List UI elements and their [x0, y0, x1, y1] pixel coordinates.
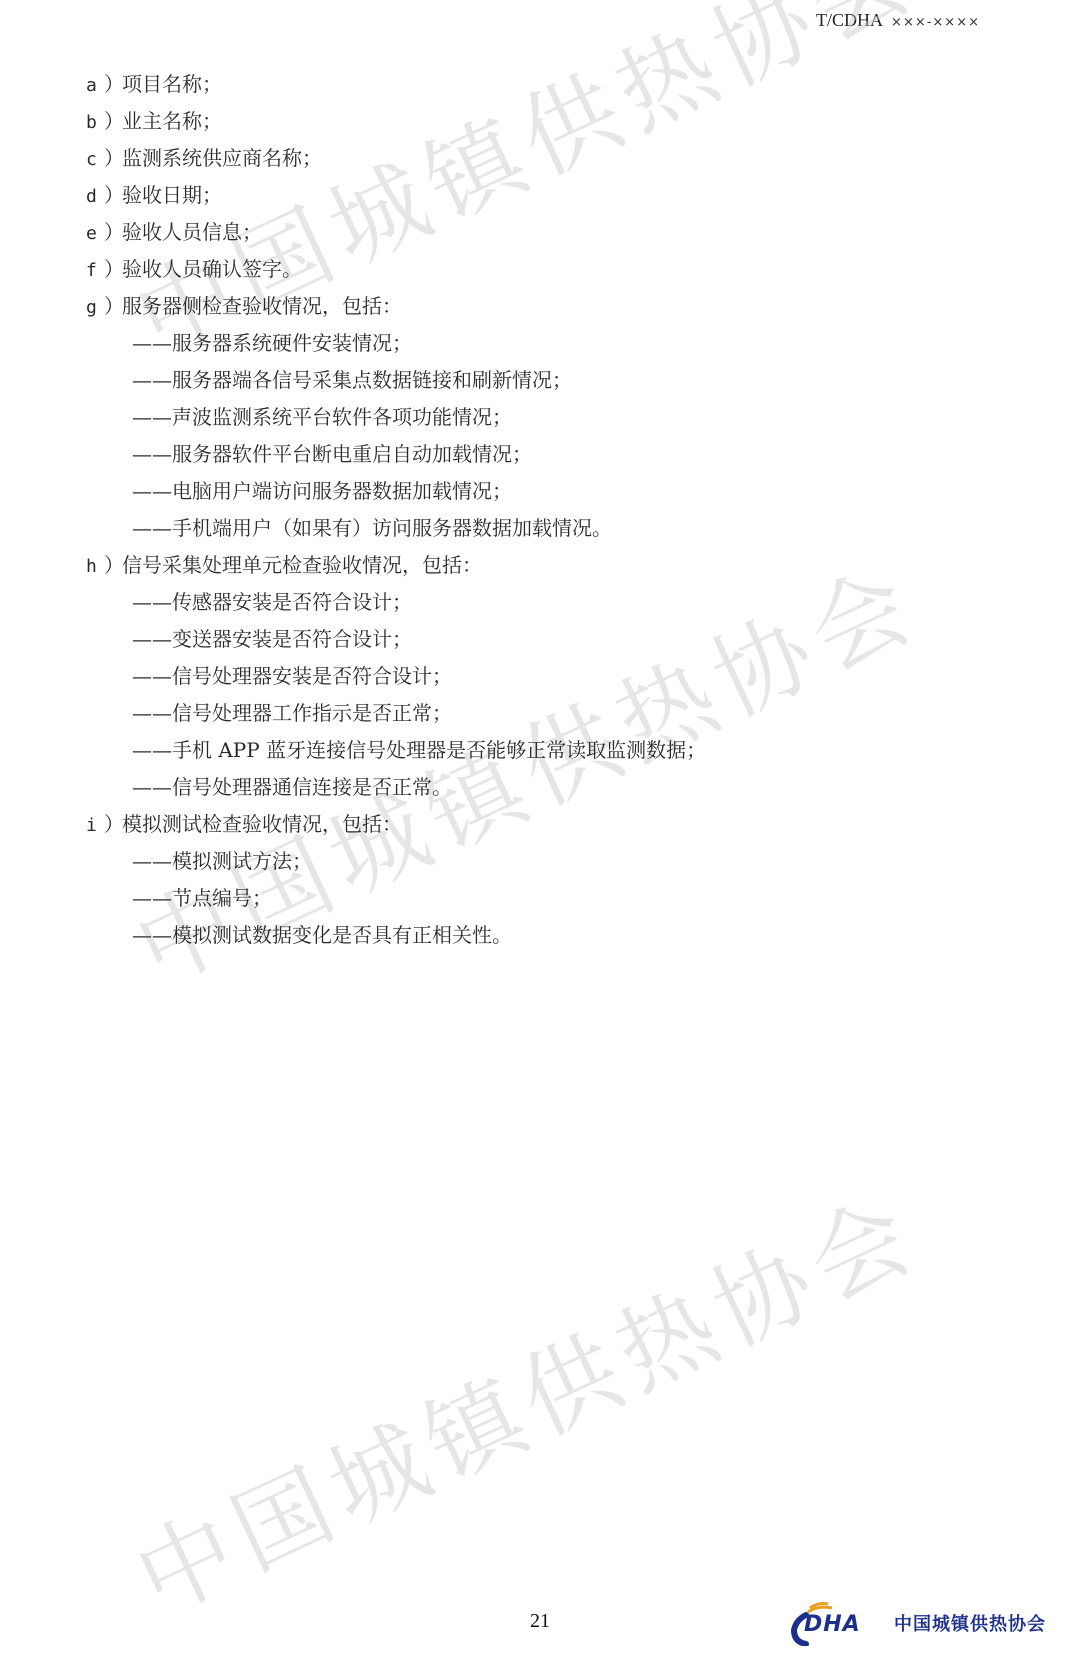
item-marker: a: [86, 67, 104, 104]
sub-item: ——传感器安装是否符合设计；: [86, 584, 706, 621]
item-text: 业主名称；: [122, 109, 222, 133]
sub-item: ——手机端用户（如果有）访问服务器数据加载情况。: [86, 510, 706, 547]
item-marker: f: [86, 252, 104, 289]
item-marker: g: [86, 289, 104, 326]
item-text: 验收人员确认签字。: [122, 257, 302, 281]
sub-item: ——变送器安装是否符合设计；: [86, 621, 706, 658]
list-item-f: f）验收人员确认签字。: [86, 251, 706, 288]
association-logo: DHA 中国城镇供热协会: [788, 1600, 1046, 1646]
logo-abbr: DHA: [804, 1612, 861, 1637]
sub-item: ——信号处理器通信连接是否正常。: [86, 769, 706, 806]
list-item-d: d）验收日期；: [86, 177, 706, 214]
item-marker: b: [86, 104, 104, 141]
item-text: 监测系统供应商名称；: [122, 146, 322, 170]
item-text: 验收人员信息；: [122, 220, 262, 244]
item-text: 信号采集处理单元检查验收情况，包括：: [122, 553, 482, 577]
item-text: 模拟测试检查验收情况，包括：: [122, 812, 402, 836]
list-item-g: g）服务器侧检查验收情况，包括：: [86, 288, 706, 325]
item-text: 项目名称；: [122, 72, 222, 96]
sub-item: ——声波监测系统平台软件各项功能情况；: [86, 399, 706, 436]
sub-item: ——服务器系统硬件安装情况；: [86, 325, 706, 362]
list-item-e: e）验收人员信息；: [86, 214, 706, 251]
sub-item: ——信号处理器安装是否符合设计；: [86, 658, 706, 695]
item-marker: c: [86, 141, 104, 178]
watermark: 中国城镇供热协会: [111, 1158, 937, 1641]
standard-prefix: T/CDHA: [816, 10, 883, 30]
sub-item: ——手机 APP 蓝牙连接信号处理器是否能够正常读取监测数据；: [86, 732, 706, 769]
list-item-i: i）模拟测试检查验收情况，包括：: [86, 806, 706, 843]
sub-item: ——电脑用户端访问服务器数据加载情况；: [86, 473, 706, 510]
sub-item: ——节点编号；: [86, 880, 706, 917]
list-item-c: c）监测系统供应商名称；: [86, 140, 706, 177]
document-body: a）项目名称； b）业主名称； c）监测系统供应商名称； d）验收日期； e）验…: [86, 66, 706, 954]
list-item-h: h）信号采集处理单元检查验收情况，包括：: [86, 547, 706, 584]
standard-number: ×××-××××: [891, 15, 980, 30]
item-marker: h: [86, 548, 104, 585]
sub-item: ——服务器端各信号采集点数据链接和刷新情况；: [86, 362, 706, 399]
cdha-logo-icon: DHA: [788, 1600, 888, 1646]
list-item-b: b）业主名称；: [86, 103, 706, 140]
item-marker: e: [86, 215, 104, 252]
item-text: 验收日期；: [122, 183, 222, 207]
sub-item: ——信号处理器工作指示是否正常；: [86, 695, 706, 732]
item-marker: i: [86, 807, 104, 844]
standard-code: T/CDHA×××-××××: [816, 10, 980, 31]
sub-item: ——服务器软件平台断电重启自动加载情况；: [86, 436, 706, 473]
list-item-a: a）项目名称；: [86, 66, 706, 103]
logo-name: 中国城镇供热协会: [894, 1610, 1046, 1636]
item-marker: d: [86, 178, 104, 215]
sub-item: ——模拟测试数据变化是否具有正相关性。: [86, 917, 706, 954]
sub-item: ——模拟测试方法；: [86, 843, 706, 880]
item-text: 服务器侧检查验收情况，包括：: [122, 294, 402, 318]
